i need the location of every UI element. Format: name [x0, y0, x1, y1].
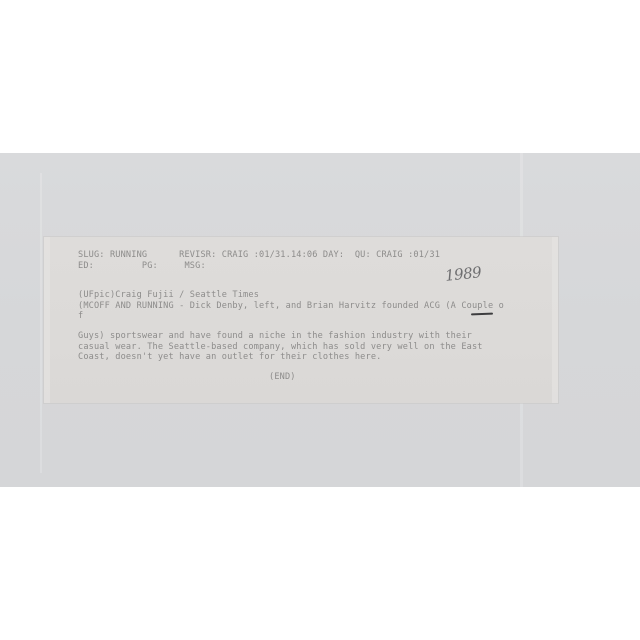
clipping-left-edge	[44, 237, 50, 403]
caption-body-line-2: casual wear. The Seattle-based company, …	[78, 342, 483, 353]
caption-body-line-3: Coast, doesn't yet have an outlet for th…	[78, 352, 381, 363]
caption-body-line-1: Guys) sportswear and have found a niche …	[78, 331, 472, 342]
caption-wrap: f	[78, 311, 83, 322]
editor-header-line: ED: PG: MSG:	[78, 261, 206, 272]
photo-credit: (UFpic)Craig Fujii / Seattle Times	[78, 290, 259, 301]
end-marker: (END)	[269, 372, 296, 383]
handwritten-year-note: 1989	[444, 263, 482, 285]
caption-headline: (MCOFF AND RUNNING - Dick Denby, left, a…	[78, 301, 504, 312]
slug-header-line: SLUG: RUNNING REVISR: CRAIG :01/31.14:06…	[78, 250, 440, 261]
paper-crease	[40, 173, 42, 473]
clipping-right-edge	[552, 237, 558, 403]
